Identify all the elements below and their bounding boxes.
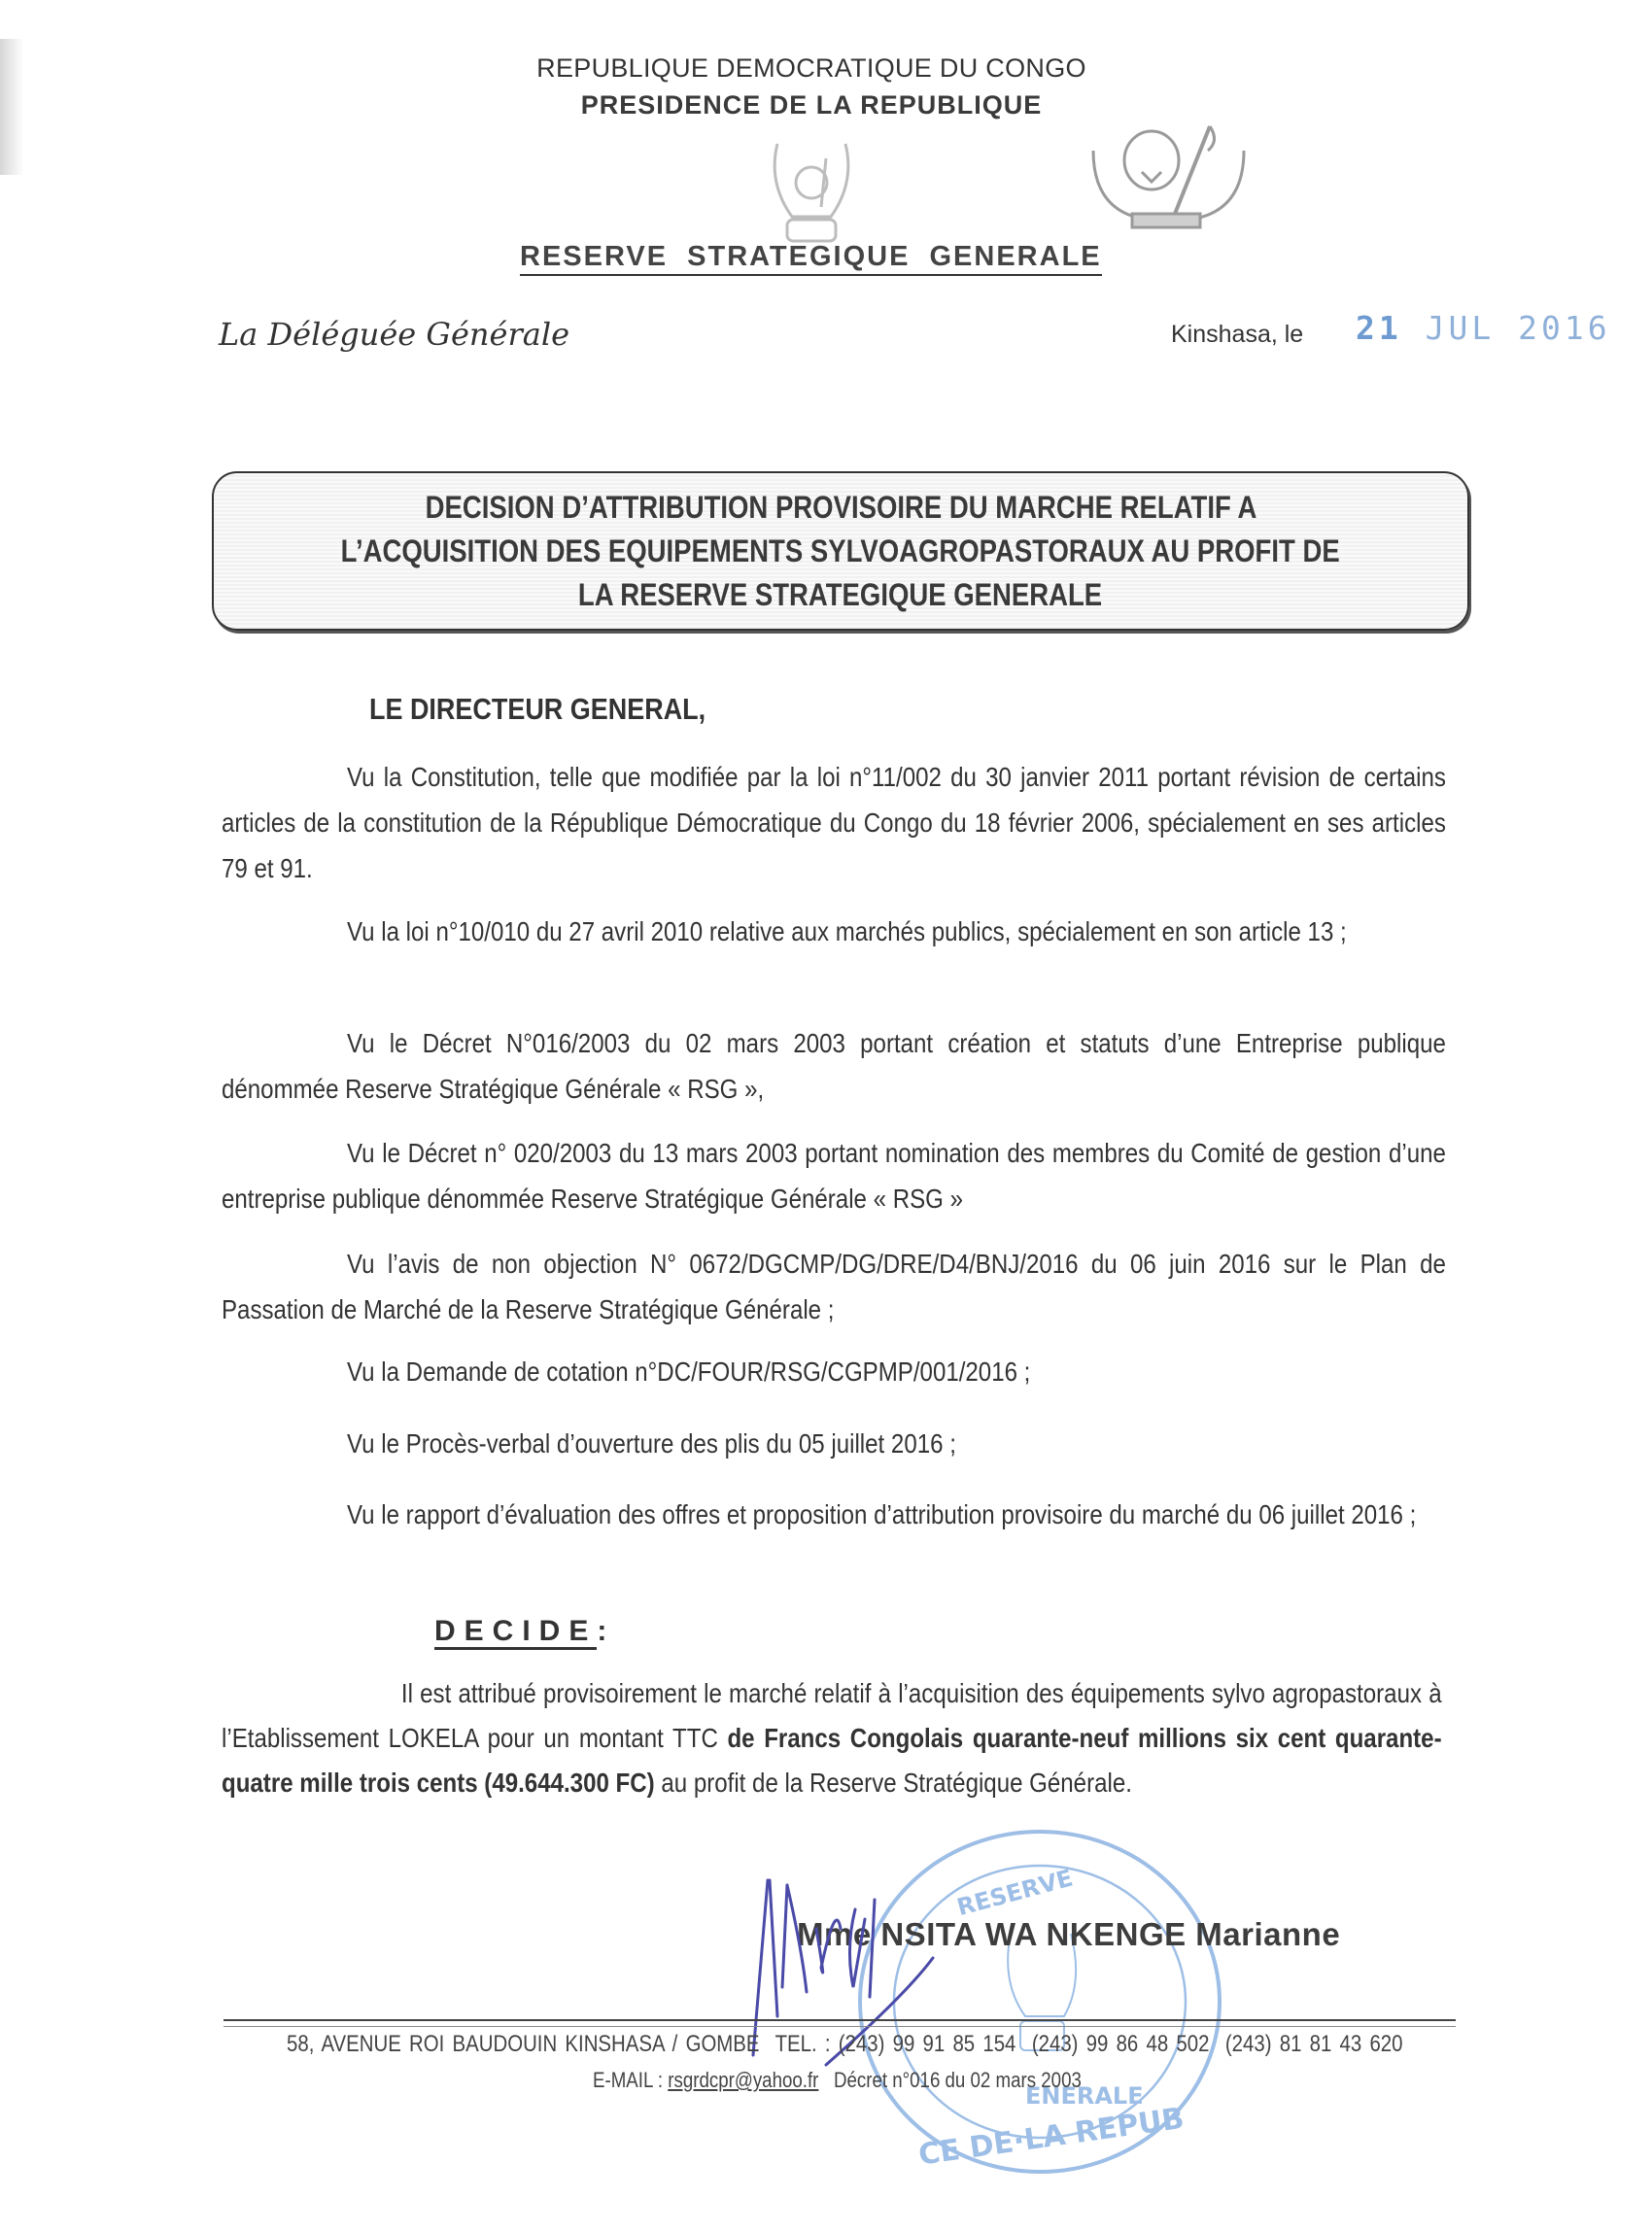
decision-title-box: DECISION D’ATTRIBUTION PROVISOIRE DU MAR… xyxy=(212,471,1469,631)
decision-paragraph: Il est attribué provisoirement le marché… xyxy=(222,1671,1442,1805)
leopard-emblem-icon xyxy=(1074,121,1263,248)
consideration-8: Vu le rapport d’évaluation des offres et… xyxy=(222,1492,1446,1537)
consideration-4: Vu le Décret n° 020/2003 du 13 mars 2003… xyxy=(222,1130,1446,1221)
consideration-1: Vu la Constitution, telle que modifiée p… xyxy=(222,754,1446,891)
consideration-6: Vu la Demande de cotation n°DC/FOUR/RSG/… xyxy=(222,1349,1446,1394)
title-line-2: L’ACQUISITION DES EQUIPEMENTS SYLVOAGROP… xyxy=(341,530,1340,573)
footer-email-row: E-MAIL : rsgrdcpr@yahoo.fr Décret n°016 … xyxy=(593,2068,1082,2093)
footer-phone-2: (243) 99 86 48 502 xyxy=(1032,2031,1210,2057)
header-office: PRESIDENCE DE LA REPUBLIQUE xyxy=(0,90,1637,120)
title-line-1: DECISION D’ATTRIBUTION PROVISOIRE DU MAR… xyxy=(425,486,1256,530)
consideration-7: Vu le Procès-verbal d’ouverture des plis… xyxy=(222,1421,1446,1466)
author-title: La Déléguée Générale xyxy=(219,316,569,353)
coat-of-arms-left-icon xyxy=(753,134,870,251)
date-month: JUL xyxy=(1426,309,1496,347)
footer-divider xyxy=(224,2019,1456,2027)
footer-phone-3: (243) 81 81 43 620 xyxy=(1225,2031,1403,2057)
signatory-name: Mme NSITA WA NKENGE Marianne xyxy=(797,1916,1340,1953)
header-country: REPUBLIQUE DEMOCRATIQUE DU CONGO xyxy=(0,53,1637,84)
consideration-2: Vu la loi n°10/010 du 27 avril 2010 rela… xyxy=(222,909,1446,954)
place-label: Kinshasa, le xyxy=(1171,321,1303,349)
organization-name: RESERVE STRATEGIQUE GENERALE xyxy=(520,241,1102,276)
footer-phone-1: (243) 99 91 85 154 xyxy=(839,2031,1016,2057)
consideration-5: Vu l’avis de non objection N° 0672/DGCMP… xyxy=(222,1241,1446,1332)
title-line-3: LA RESERVE STRATEGIQUE GENERALE xyxy=(578,573,1102,617)
addressee: LE DIRECTEUR GENERAL, xyxy=(369,692,706,727)
decide-heading: DECIDE: xyxy=(434,1615,615,1648)
date-stamp: 21 JUL 2016 xyxy=(1356,309,1611,347)
document-page: REPUBLIQUE DEMOCRATIQUE DU CONGO PRESIDE… xyxy=(0,0,1652,2232)
date-year: 2016 xyxy=(1518,309,1610,347)
footer-email-link[interactable]: rsgrdcpr@yahoo.fr xyxy=(668,2068,818,2092)
svg-text:CE DE·LA REPUB: CE DE·LA REPUB xyxy=(916,2102,1187,2173)
consideration-3: Vu le Décret N°016/2003 du 02 mars 2003 … xyxy=(222,1020,1446,1112)
footer-decree: Décret n°016 du 02 mars 2003 xyxy=(834,2068,1082,2092)
footer-tel-label: TEL. : xyxy=(775,2031,831,2057)
footer-address: 58, AVENUE ROI BAUDOUIN KINSHASA / GOMBE xyxy=(287,2031,760,2057)
footer-email-label: E-MAIL : xyxy=(593,2068,663,2092)
date-day: 21 xyxy=(1356,309,1402,347)
footer-contact: 58, AVENUE ROI BAUDOUIN KINSHASA / GOMBE… xyxy=(287,2031,1402,2058)
svg-text:RESERVE: RESERVE xyxy=(954,1865,1076,1922)
official-round-stamp-icon: CE DE·LA REPUB RESERVE ENERALE xyxy=(845,1817,1234,2186)
